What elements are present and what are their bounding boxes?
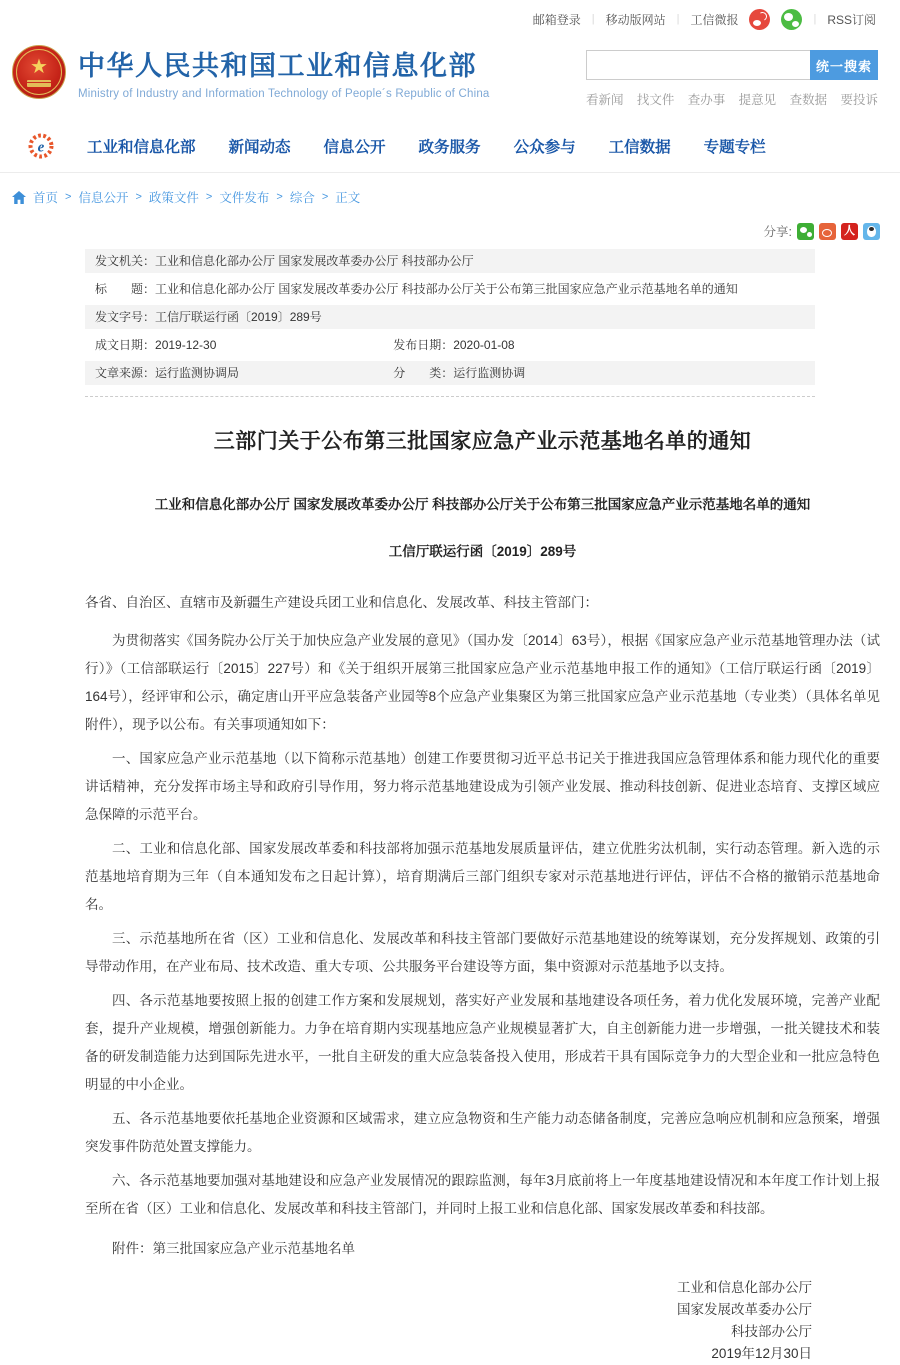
signer-2: 国家发展改革委办公厅 bbox=[85, 1299, 812, 1321]
main-nav: e 工业和信息化部 新闻动态 信息公开 政务服务 公众参与 工信数据 专题专栏 bbox=[0, 120, 900, 173]
meta-row-dates: 成文日期： 2019-12-30 发布日期： 2020-01-08 bbox=[85, 333, 815, 357]
signer-1: 工业和信息化部办公厅 bbox=[85, 1277, 812, 1299]
renmin-share-icon[interactable]: 人 bbox=[841, 223, 858, 240]
wechat-share-icon[interactable] bbox=[797, 223, 814, 240]
paragraph-item-1: 一、国家应急产业示范基地（以下简称示范基地）创建工作要贯彻习近平总书记关于推进我… bbox=[85, 745, 880, 829]
search-area: 统一搜索 看新闻 找文件 查办事 提意见 查数据 要投诉 bbox=[586, 36, 878, 108]
breadcrumb-info-disclosure[interactable]: 信息公开 bbox=[78, 188, 128, 206]
paragraph-item-2: 二、工业和信息化部、国家发展改革委和科技部将加强示范基地发展质量评估，建立优胜劣… bbox=[85, 835, 880, 919]
paragraph-intro: 为贯彻落实《国务院办公厅关于加快应急产业发展的意见》（国办发〔2014〕63号）… bbox=[85, 627, 880, 739]
nav-item-gov-services[interactable]: 政务服务 bbox=[419, 135, 481, 157]
nav-item-news[interactable]: 新闻动态 bbox=[229, 135, 291, 157]
nav-item-public-participation[interactable]: 公众参与 bbox=[514, 135, 576, 157]
weibo-share-icon[interactable] bbox=[819, 223, 836, 240]
meta-row-source-category: 文章来源： 运行监测协调局 分 类： 运行监测协调 bbox=[85, 361, 815, 385]
meta-row-doc-number: 发文字号： 工信厅联运行函〔2019〕289号 bbox=[85, 305, 815, 329]
document-body: 各省、自治区、直辖市及新疆生产建设兵团工业和信息化、发展改革、科技主管部门： 为… bbox=[85, 589, 880, 1263]
divider: | bbox=[592, 13, 595, 25]
svg-text:e: e bbox=[38, 140, 45, 156]
utility-bar: 邮箱登录 | 移动版网站 | 工信微报 | RSS订阅 bbox=[0, 0, 900, 32]
article-content: 分享: 人 发文机关： 工业和信息化部办公厅 国家发展改革委办公厅 科技部办公厅… bbox=[85, 216, 880, 1365]
weibo-icon[interactable] bbox=[749, 9, 770, 30]
nav-item-miit-data[interactable]: 工信数据 bbox=[609, 135, 671, 157]
home-icon[interactable] bbox=[12, 191, 26, 204]
share-row: 分享: 人 bbox=[85, 216, 880, 249]
paragraph-item-3: 三、示范基地所在省（区）工业和信息化、发展改革和科技主管部门要做好示范基地建设的… bbox=[85, 925, 880, 981]
divider: | bbox=[813, 13, 816, 25]
quick-link-services[interactable]: 查办事 bbox=[688, 90, 726, 108]
site-header: ★ 中华人民共和国工业和信息化部 Ministry of Industry an… bbox=[0, 32, 900, 120]
quick-link-feedback[interactable]: 提意见 bbox=[739, 90, 777, 108]
signature-date: 2019年12月30日 bbox=[85, 1343, 812, 1365]
breadcrumb-file-release[interactable]: 文件发布 bbox=[219, 188, 269, 206]
unified-search-button[interactable]: 统一搜索 bbox=[810, 50, 878, 80]
national-emblem-icon: ★ bbox=[12, 45, 66, 99]
paragraph-item-6: 六、各示范基地要加强对基地建设和应急产业发展情况的跟踪监测，每年3月底前将上一年… bbox=[85, 1167, 880, 1223]
attachment-line: 附件：第三批国家应急产业示范基地名单 bbox=[85, 1235, 880, 1263]
quick-links: 看新闻 找文件 查办事 提意见 查数据 要投诉 bbox=[586, 90, 878, 108]
document-subtitle: 工业和信息化部办公厅 国家发展改革委办公厅 科技部办公厅关于公布第三批国家应急产… bbox=[85, 493, 880, 513]
breadcrumb-comprehensive[interactable]: 综合 bbox=[290, 188, 315, 206]
rss-link[interactable]: RSS订阅 bbox=[827, 11, 876, 28]
signature-block: 工业和信息化部办公厅 国家发展改革委办公厅 科技部办公厅 2019年12月30日 bbox=[85, 1277, 880, 1365]
site-brand[interactable]: ★ 中华人民共和国工业和信息化部 Ministry of Industry an… bbox=[12, 36, 490, 108]
nav-item-info-disclosure[interactable]: 信息公开 bbox=[324, 135, 386, 157]
quick-link-news[interactable]: 看新闻 bbox=[586, 90, 624, 108]
qzone-share-icon[interactable] bbox=[863, 223, 880, 240]
document-title: 三部门关于公布第三批国家应急产业示范基地名单的通知 bbox=[85, 425, 880, 455]
breadcrumb: 首页 > 信息公开 > 政策文件 > 文件发布 > 综合 > 正文 bbox=[0, 173, 900, 216]
divider: | bbox=[677, 13, 680, 25]
quick-link-complaint[interactable]: 要投诉 bbox=[840, 90, 878, 108]
miit-weibo-link[interactable]: 工信微报 bbox=[690, 11, 738, 28]
miit-gear-logo-icon: e bbox=[28, 133, 54, 159]
paragraph-item-5: 五、各示范基地要依托基地企业资源和区域需求，建立应急物资和生产能力动态储备制度，… bbox=[85, 1105, 880, 1161]
site-subtitle-en: Ministry of Industry and Information Tec… bbox=[78, 88, 490, 100]
mail-login-link[interactable]: 邮箱登录 bbox=[533, 11, 581, 28]
nav-item-special-topics[interactable]: 专题专栏 bbox=[704, 135, 766, 157]
quick-link-files[interactable]: 找文件 bbox=[637, 90, 675, 108]
quick-link-data[interactable]: 查数据 bbox=[790, 90, 828, 108]
meta-row-issuing-agency: 发文机关： 工业和信息化部办公厅 国家发展改革委办公厅 科技部办公厅 bbox=[85, 249, 815, 273]
paragraph-item-4: 四、各示范基地要按照上报的创建工作方案和发展规划，落实好产业发展和基地建设各项任… bbox=[85, 987, 880, 1099]
document-number: 工信厅联运行函〔2019〕289号 bbox=[85, 540, 880, 560]
site-title: 中华人民共和国工业和信息化部 bbox=[78, 44, 490, 83]
salutation: 各省、自治区、直辖市及新疆生产建设兵团工业和信息化、发展改革、科技主管部门： bbox=[85, 589, 880, 617]
share-label: 分享: bbox=[764, 222, 792, 240]
signer-3: 科技部办公厅 bbox=[85, 1321, 812, 1343]
search-input[interactable] bbox=[586, 50, 810, 80]
wechat-icon[interactable] bbox=[781, 9, 802, 30]
mobile-site-link[interactable]: 移动版网站 bbox=[606, 11, 666, 28]
breadcrumb-current-page: 正文 bbox=[335, 188, 360, 206]
breadcrumb-policy-files[interactable]: 政策文件 bbox=[149, 188, 199, 206]
nav-item-miit[interactable]: 工业和信息化部 bbox=[87, 135, 196, 157]
document-meta-table: 发文机关： 工业和信息化部办公厅 国家发展改革委办公厅 科技部办公厅 标 题： … bbox=[85, 249, 815, 397]
breadcrumb-home[interactable]: 首页 bbox=[33, 188, 58, 206]
meta-row-title: 标 题： 工业和信息化部办公厅 国家发展改革委办公厅 科技部办公厅关于公布第三批… bbox=[85, 277, 815, 301]
